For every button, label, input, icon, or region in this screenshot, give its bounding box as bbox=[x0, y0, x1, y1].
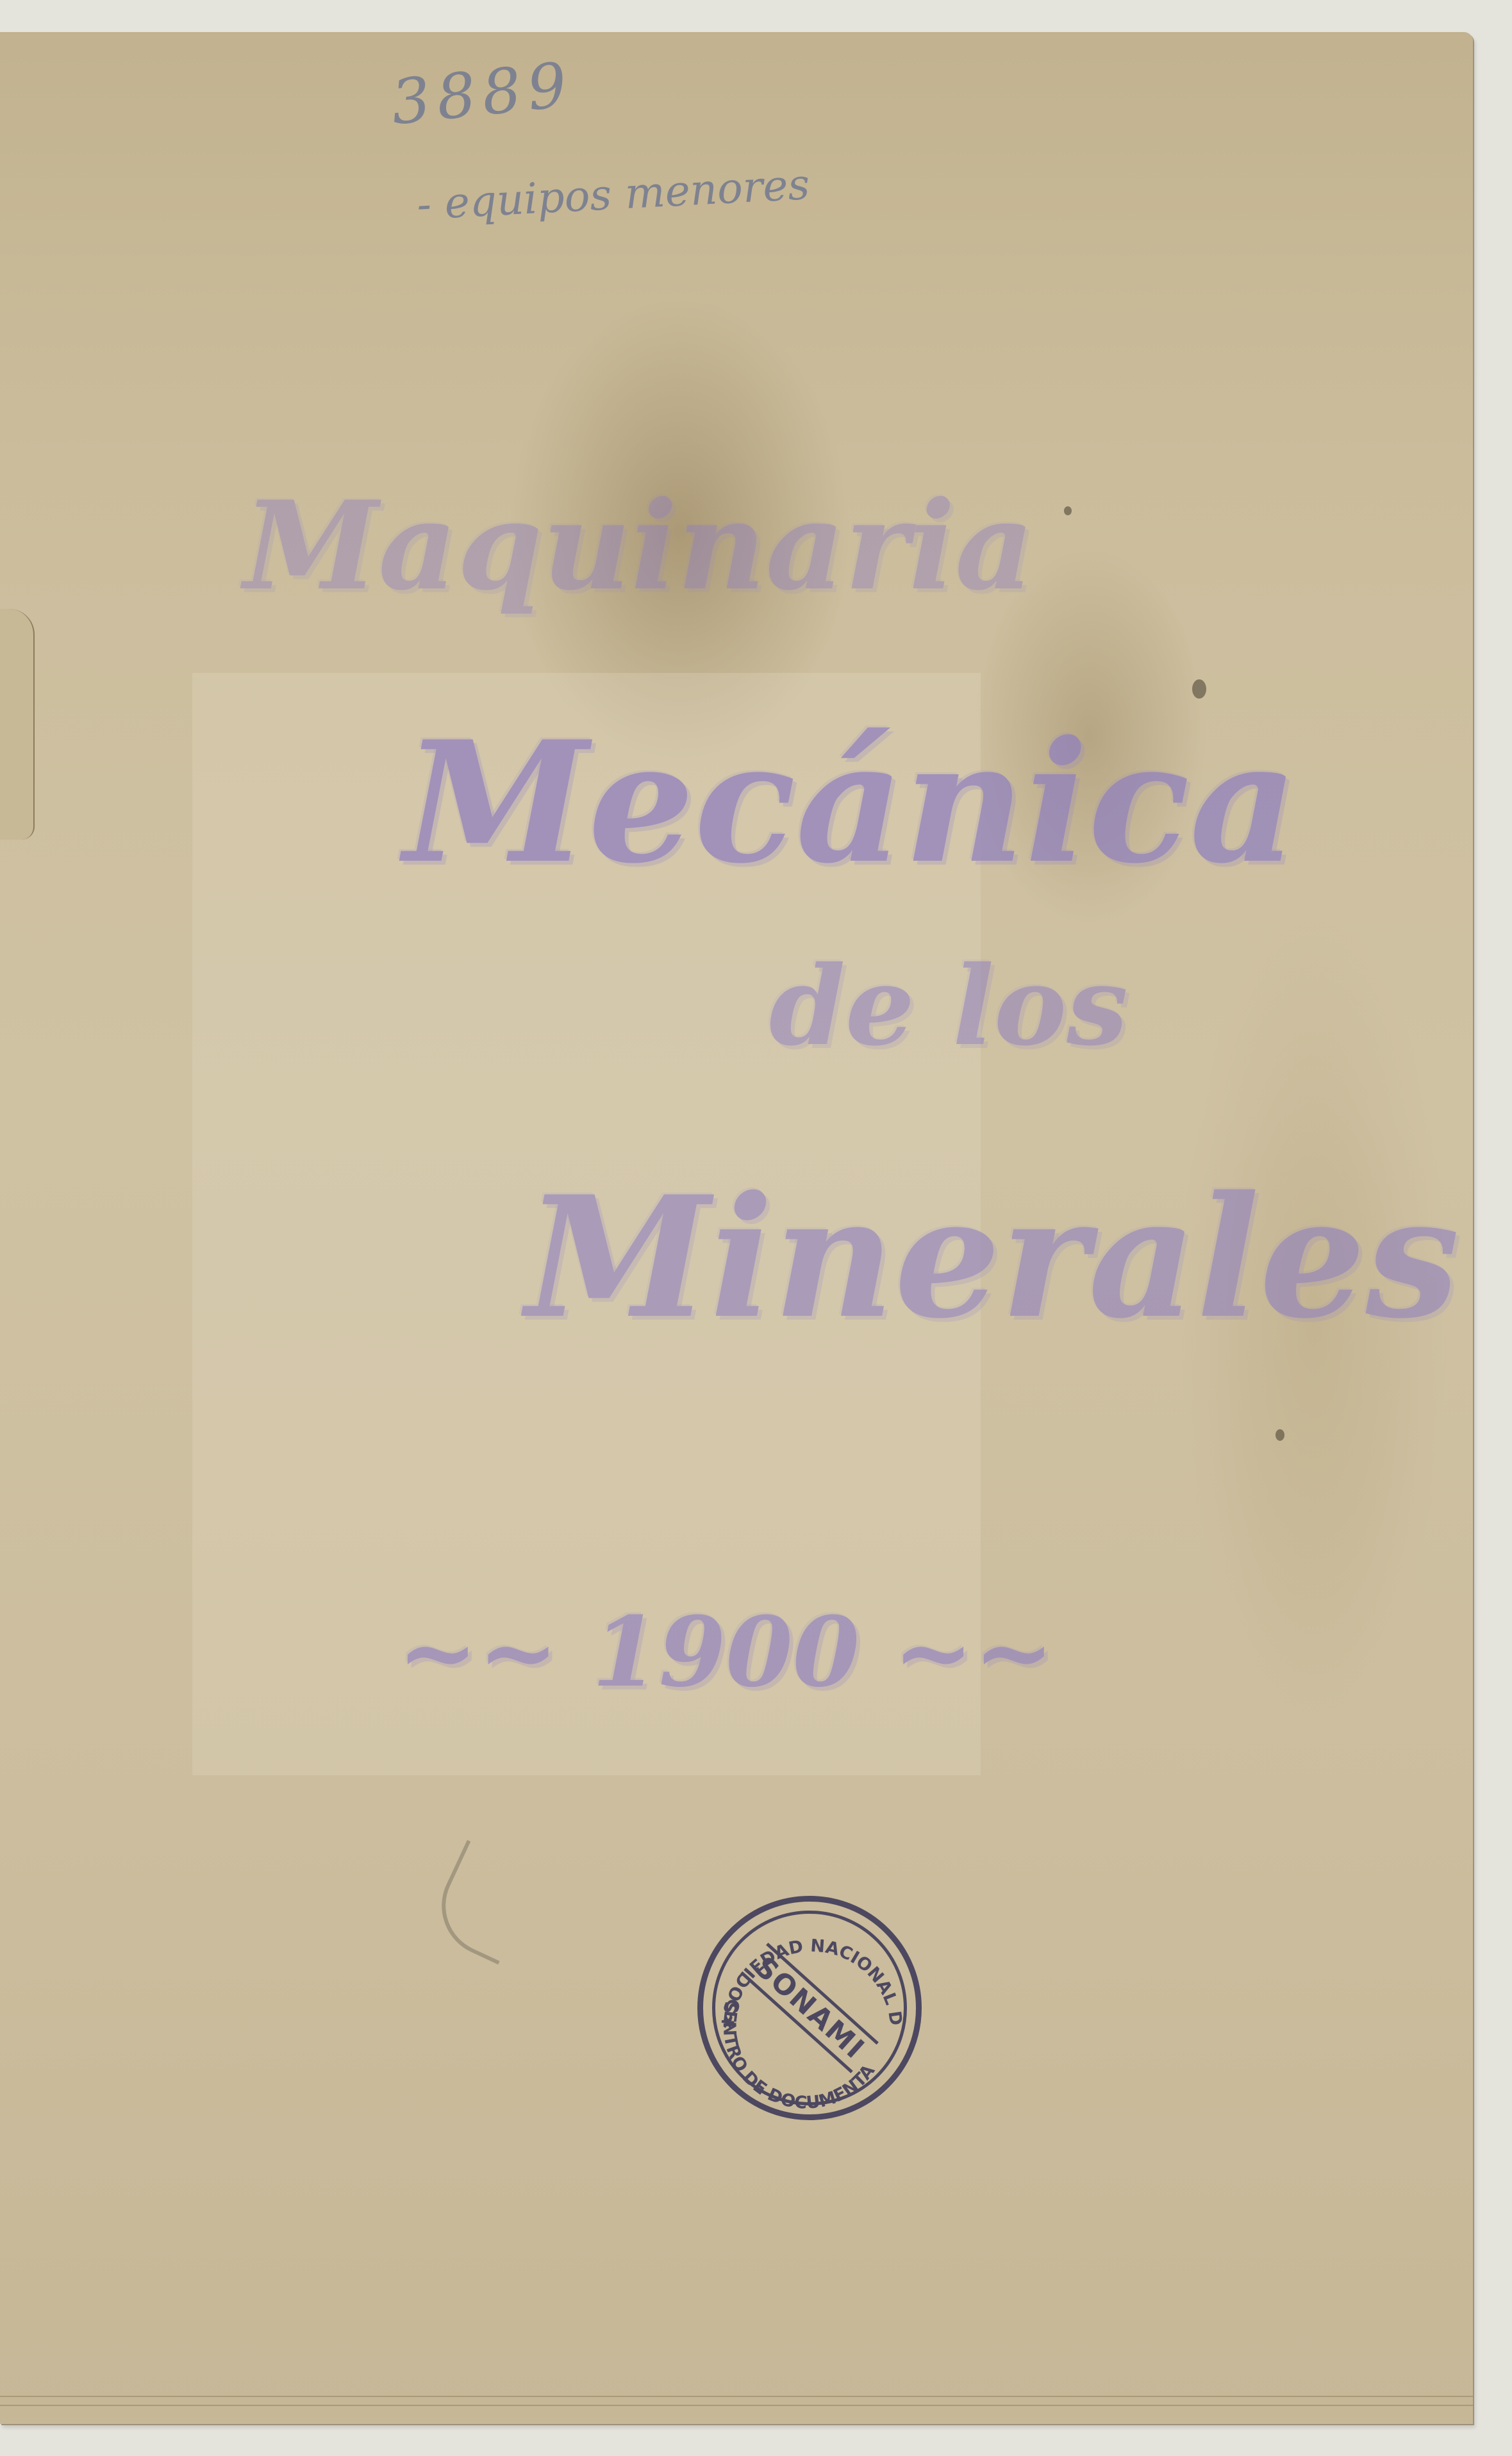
document-page: 3889 - equipos menores Maquinaria Mecáni… bbox=[0, 32, 1473, 2424]
title-line-3: de los bbox=[769, 942, 1128, 1070]
title-year: ~~ 1900 ~~ bbox=[397, 1596, 1054, 1709]
library-stamp: ✱SOCIEDAD NACIONAL DE MINERIA✱ CENTRO DE… bbox=[697, 1896, 922, 2120]
title-line-1: Maquinaria bbox=[244, 474, 1034, 617]
torn-paper-tab bbox=[0, 609, 35, 840]
stain-spot bbox=[1192, 679, 1206, 699]
subject-note: - equipos menores bbox=[415, 160, 811, 229]
title-line-2: Mecánica bbox=[404, 705, 1298, 900]
bottom-fold-line-2 bbox=[0, 2405, 1473, 2406]
catalog-number: 3889 bbox=[388, 48, 576, 138]
stain-spot bbox=[1064, 506, 1072, 515]
pencil-smudge bbox=[425, 1840, 540, 1965]
title-line-4: Minerales bbox=[526, 1160, 1459, 1356]
stain-spot bbox=[1275, 1429, 1284, 1441]
bottom-fold-line bbox=[0, 2396, 1473, 2397]
